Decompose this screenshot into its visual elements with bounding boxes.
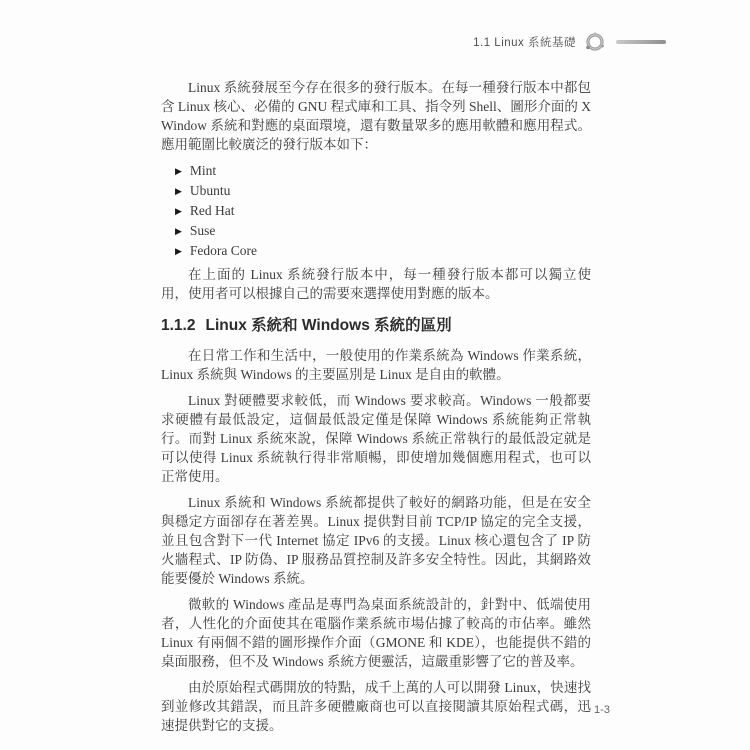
distro-name: Red Hat (190, 203, 235, 218)
book-page: 1.1 Linux 系統基礎 Linux 系統發展至今存在很多的發行版本。在每一… (0, 0, 750, 750)
triangle-bullet-icon: ▶ (175, 182, 182, 202)
chapter-ring-icon (583, 30, 609, 54)
page-number: 1-3 (584, 704, 620, 716)
body-paragraph: 微軟的 Windows 產品是專門為桌面系統設計的，針對中、低端使用者，人性化的… (161, 595, 591, 671)
body-paragraph: 在日常工作和生活中，一般使用的作業系統為 Windows 作業系統，Linux … (161, 346, 591, 384)
after-list-paragraph: 在上面的 Linux 系統發行版本中，每一種發行版本都可以獨立使用，使用者可以根… (161, 265, 591, 303)
distro-name: Ubuntu (190, 183, 231, 198)
section-heading: 1.1.2Linux 系統和 Windows 系統的區別 (161, 317, 591, 335)
page-body: Linux 系統發展至今存在很多的發行版本。在每一種發行版本中都包含 Linux… (161, 78, 591, 742)
running-head-label: 1.1 Linux 系統基礎 (473, 34, 576, 50)
list-item: ▶Fedora Core (175, 241, 591, 261)
body-paragraph: Linux 對硬體要求較低，而 Windows 要求較高。Windows 一般都… (161, 391, 591, 486)
triangle-bullet-icon: ▶ (175, 202, 182, 222)
list-item: ▶Red Hat (175, 201, 591, 221)
distro-name: Mint (190, 163, 216, 178)
list-item: ▶Mint (175, 161, 591, 181)
header-rule (616, 40, 666, 44)
intro-paragraph: Linux 系統發展至今存在很多的發行版本。在每一種發行版本中都包含 Linux… (161, 78, 591, 154)
triangle-bullet-icon: ▶ (175, 242, 182, 262)
triangle-bullet-icon: ▶ (175, 162, 182, 182)
distro-list: ▶Mint ▶Ubuntu ▶Red Hat ▶Suse ▶Fedora Cor… (161, 161, 591, 261)
running-header: 1.1 Linux 系統基礎 (473, 30, 666, 54)
body-paragraph: Linux 系統和 Windows 系統都提供了較好的網路功能，但是在安全與穩定… (161, 493, 591, 588)
section-title: Linux 系統和 Windows 系統的區別 (205, 317, 451, 334)
list-item: ▶Suse (175, 221, 591, 241)
triangle-bullet-icon: ▶ (175, 222, 182, 242)
list-item: ▶Ubuntu (175, 181, 591, 201)
body-paragraph: 由於原始程式碼開放的特點，成千上萬的人可以開發 Linux，快速找到並修改其錯誤… (161, 678, 591, 735)
distro-name: Fedora Core (190, 243, 257, 258)
section-number: 1.1.2 (161, 317, 195, 334)
distro-name: Suse (190, 223, 216, 238)
